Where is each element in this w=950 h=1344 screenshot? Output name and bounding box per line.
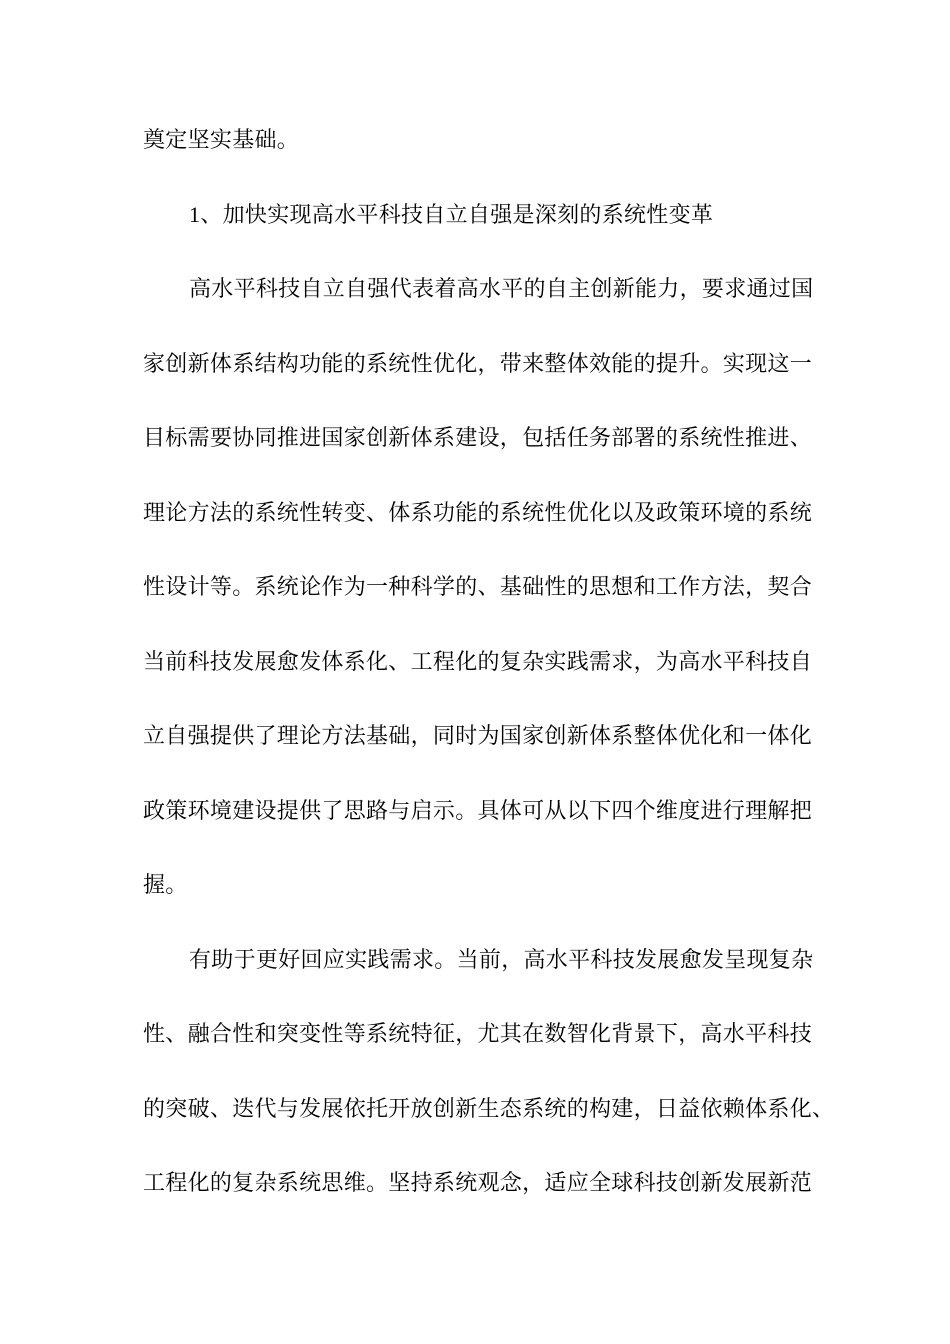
text-line: 当前科技发展愈发体系化、工程化的复杂实践需求，为高水平科技自 xyxy=(143,625,813,700)
text-line: 政策环境建设提供了思路与启示。具体可从以下四个维度进行理解把 xyxy=(143,774,813,849)
text-line: 高水平科技自立自强代表着高水平的自主创新能力，要求通过国 xyxy=(143,252,813,327)
document-content: 奠定坚实基础。1、加快实现高水平科技自立自强是深刻的系统性变革高水平科技自立自强… xyxy=(143,103,813,1221)
text-line: 立自强提供了理论方法基础，同时为国家创新体系整体优化和一体化 xyxy=(143,699,813,774)
section-heading: 1、加快实现高水平科技自立自强是深刻的系统性变革 xyxy=(143,178,813,253)
text-line: 家创新体系结构功能的系统性优化，带来整体效能的提升。实现这一 xyxy=(143,327,813,402)
document-page: 奠定坚实基础。1、加快实现高水平科技自立自强是深刻的系统性变革高水平科技自立自强… xyxy=(0,0,950,1344)
text-line: 工程化的复杂系统思维。坚持系统观念，适应全球科技创新发展新范 xyxy=(143,1146,813,1221)
text-line: 理论方法的系统性转变、体系功能的系统性优化以及政策环境的系统 xyxy=(143,476,813,551)
text-line: 性、融合性和突变性等系统特征，尤其在数智化背景下，高水平科技 xyxy=(143,997,813,1072)
text-line: 性设计等。系统论作为一种科学的、基础性的思想和工作方法，契合 xyxy=(143,550,813,625)
text-line: 奠定坚实基础。 xyxy=(143,103,813,178)
text-line: 的突破、迭代与发展依托开放创新生态系统的构建，日益依赖体系化、 xyxy=(143,1072,813,1147)
text-line: 有助于更好回应实践需求。当前，高水平科技发展愈发呈现复杂 xyxy=(143,923,813,998)
text-line: 目标需要协同推进国家创新体系建设，包括任务部署的系统性推进、 xyxy=(143,401,813,476)
text-line: 握。 xyxy=(143,848,813,923)
